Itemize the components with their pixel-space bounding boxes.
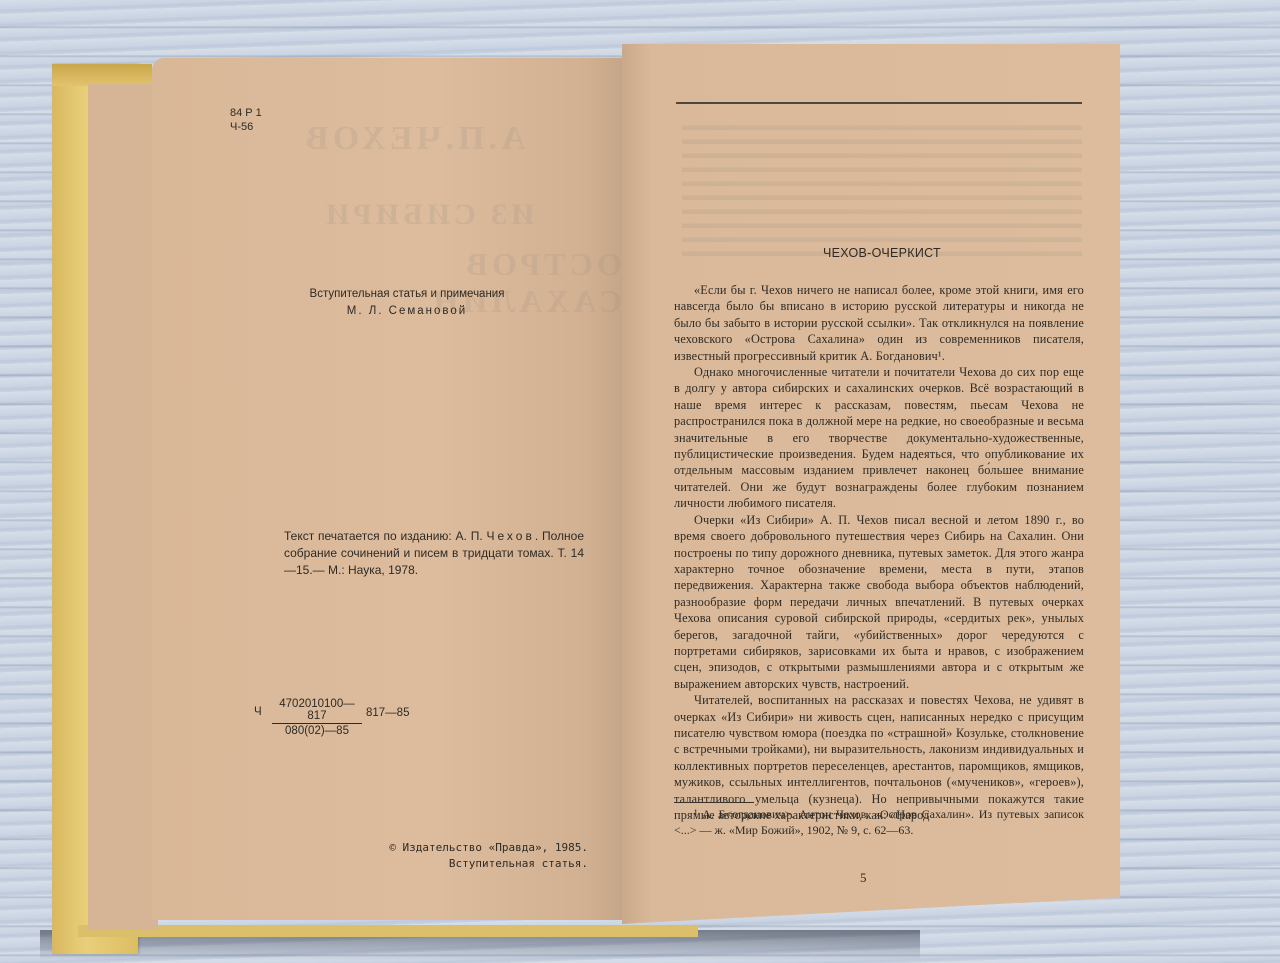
left-page[interactable]: А.П.ЧЕХОВ ИЗ СИБИРИ ОСТРОВ САХАЛИН 84 Р … <box>152 58 622 920</box>
call-number-line: Ч-56 <box>230 120 262 134</box>
ghost-title-bleedthrough: ИЗ СИБИРИ <box>322 198 535 232</box>
code-numerator: 4702010100—817 <box>272 698 362 724</box>
chapter-body: «Если бы г. Чехов ничего не написал боле… <box>674 282 1084 823</box>
top-rule-divider <box>676 102 1082 104</box>
footnote: ¹ А. Б<огданович>. Антон Чехов. «Остров … <box>674 806 1084 838</box>
footnote-text: ¹ А. Б<огданович>. Антон Чехов. «Остров … <box>674 806 1084 838</box>
book-cover-bottom-edge <box>78 925 698 937</box>
intro-credits: Вступительная статья и примечания М. Л. … <box>292 286 522 320</box>
paragraph: Читателей, воспитанных на рассказах и по… <box>674 692 1084 823</box>
page-number: 5 <box>860 870 867 886</box>
code-letter: Ч <box>254 706 262 718</box>
paragraph: Однако многочисленные читатели и почитат… <box>674 364 1084 512</box>
call-number-line: 84 Р 1 <box>230 106 262 120</box>
copyright-line: Вступительная статья. <box>368 856 588 872</box>
right-page[interactable]: ЧЕХОВ-ОЧЕРКИСТ «Если бы г. Чехов ничего … <box>622 44 1120 924</box>
bleedthrough-text <box>682 116 1082 256</box>
intro-credits-line: Вступительная статья и примечания <box>292 286 522 303</box>
edition-note-prefix: Текст печатается по изданию: А. П. <box>284 529 487 543</box>
ghost-title-bleedthrough: А.П.ЧЕХОВ <box>302 120 526 158</box>
copyright-line: © Издательство «Правда», 1985. <box>368 840 588 856</box>
code-fraction: 4702010100—817 080(02)—85 <box>272 698 362 737</box>
paragraph: Очерки «Из Сибири» А. П. Чехов писал вес… <box>674 512 1084 692</box>
footnote-divider <box>674 802 754 803</box>
chapter-title: ЧЕХОВ-ОЧЕРКИСТ <box>682 246 1082 260</box>
library-call-number: 84 Р 1 Ч-56 <box>230 106 262 134</box>
edition-note: Текст печатается по изданию: А. П. Чехов… <box>284 528 584 579</box>
paragraph: «Если бы г. Чехов ничего не написал боле… <box>674 282 1084 364</box>
editor-name: М. Л. Семановой <box>292 303 522 320</box>
code-tail: 817—85 <box>366 707 409 719</box>
copyright-notice: © Издательство «Правда», 1985. Вступител… <box>368 840 588 872</box>
code-denominator: 080(02)—85 <box>272 724 362 737</box>
book-cover-corner <box>52 64 152 86</box>
author-name: Чехов <box>487 529 535 543</box>
endpaper <box>88 84 158 930</box>
